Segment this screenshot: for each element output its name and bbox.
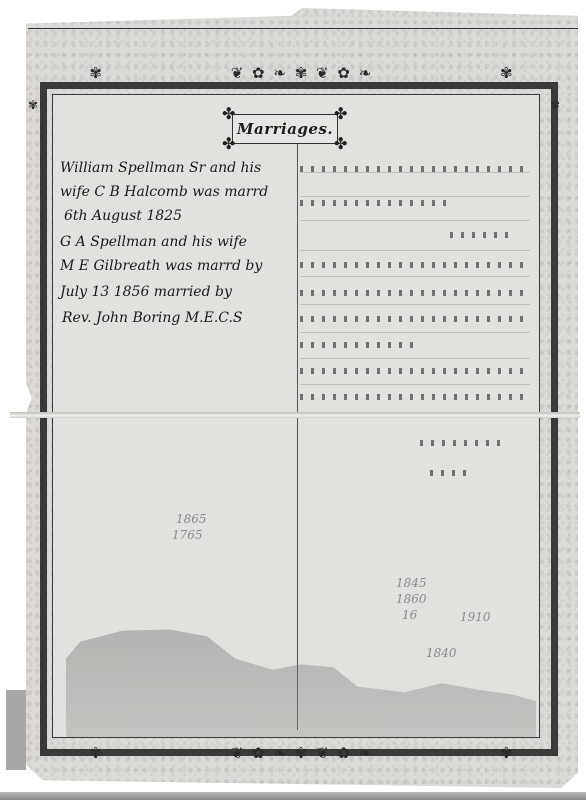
entry-2-line-3: July 13 1856 married by bbox=[60, 284, 232, 300]
page-title: Marriages. bbox=[237, 120, 333, 138]
ink-bleed-through bbox=[430, 470, 470, 476]
ruled-line bbox=[300, 196, 530, 197]
ink-bleed-through bbox=[420, 440, 500, 446]
pencil-note: 1765 bbox=[172, 528, 203, 542]
horizontal-fold bbox=[10, 412, 580, 418]
center-fold-line bbox=[297, 130, 298, 730]
ink-bleed-through bbox=[300, 342, 420, 348]
entry-2-line-4: Rev. John Boring M.E.C.S bbox=[62, 310, 243, 326]
bottom-ornament-band: ✾ ❦ ✿ ❧ ✾ ❦ ✿ ❧ ✾ bbox=[26, 744, 578, 762]
ink-bleed-through bbox=[450, 232, 510, 238]
pencil-note: 1910 bbox=[460, 610, 491, 624]
ruled-line bbox=[300, 276, 530, 277]
edge-stain bbox=[6, 690, 26, 770]
ruled-line bbox=[300, 332, 530, 333]
ruled-line bbox=[300, 384, 530, 385]
ruled-line bbox=[300, 358, 530, 359]
corner-ornament-icon: ✾ bbox=[500, 744, 515, 762]
entry-2-line-1: G A Spellman and his wife bbox=[60, 234, 247, 250]
top-rule-line bbox=[28, 28, 578, 29]
ink-bleed-through bbox=[300, 200, 450, 206]
pencil-note: 16 bbox=[402, 608, 417, 622]
ruled-line bbox=[300, 250, 530, 251]
ink-bleed-through bbox=[300, 316, 525, 322]
corner-ornament-icon: ✾ bbox=[500, 64, 515, 82]
entry-1-line-3: 6th August 1825 bbox=[64, 208, 182, 224]
entry-1-line-1: William Spellman Sr and his bbox=[60, 160, 261, 176]
ruled-line bbox=[300, 172, 530, 173]
pencil-note: 1860 bbox=[396, 592, 427, 606]
entry-1-line-2: wife C B Halcomb was marrd bbox=[60, 184, 268, 200]
entry-2-line-2: M E Gilbreath was marrd by bbox=[60, 258, 262, 274]
ink-bleed-through bbox=[300, 368, 525, 374]
ruled-line bbox=[300, 304, 530, 305]
ink-bleed-through bbox=[300, 262, 525, 268]
scan-edge-shadow bbox=[0, 792, 586, 800]
scroll-ornament-icon: ✾ bbox=[550, 90, 560, 120]
ink-bleed-through bbox=[300, 394, 525, 400]
pencil-note: 1845 bbox=[396, 576, 427, 590]
ribbon-bow-icon: ✤ bbox=[334, 134, 347, 153]
scroll-ornament-icon: ❦ ✿ ❧ ✾ ❦ ✿ ❧ bbox=[231, 64, 374, 82]
ribbon-bow-icon: ✤ bbox=[222, 134, 235, 153]
scroll-ornament-icon: ✾ bbox=[28, 90, 38, 120]
ribbon-bow-icon: ✤ bbox=[334, 104, 347, 123]
ink-bleed-through bbox=[300, 290, 525, 296]
corner-ornament-icon: ✾ bbox=[89, 64, 104, 82]
ruled-line bbox=[300, 220, 530, 221]
pencil-note: 1840 bbox=[426, 646, 457, 660]
title-cartouche: Marriages. bbox=[232, 114, 338, 144]
ribbon-bow-icon: ✤ bbox=[222, 104, 235, 123]
corner-ornament-icon: ✾ bbox=[89, 744, 104, 762]
pencil-note: 1865 bbox=[176, 512, 207, 526]
ink-bleed-through bbox=[300, 166, 525, 172]
top-ornament-band: ✾ ❦ ✿ ❧ ✾ ❦ ✿ ❧ ✾ bbox=[26, 64, 578, 82]
scroll-ornament-icon: ❦ ✿ ❧ ✾ ❦ ✿ ❧ bbox=[231, 744, 374, 762]
